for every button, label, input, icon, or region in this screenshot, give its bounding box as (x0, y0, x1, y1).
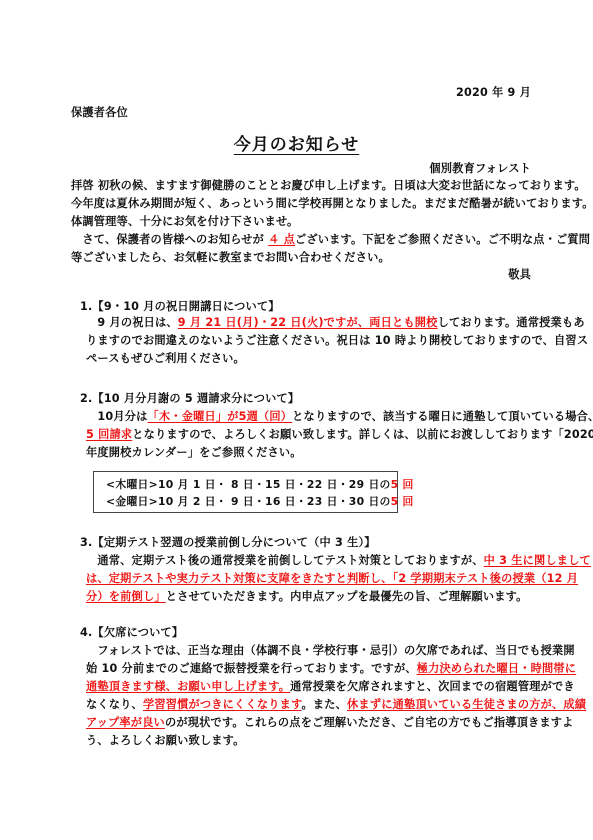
schedule-label: <木曜日>10 月 1 日・ 8 日・15 日・22 日・29 日の (106, 478, 391, 491)
section-2-line-2: 5 回請求となりますので、よろしくお願い致します。詳しくは、以前にお渡ししており… (86, 426, 593, 443)
notice-post: ございます。下記をご参照ください。ご不明な点・ご質問 (295, 233, 590, 246)
greeting-line-3: 体調管理等、十分にお気を付け下さいませ。 (71, 213, 298, 230)
date: 2020 年 9 月 (456, 84, 531, 101)
emphasis-text: 9 月 21 日(月)・22 日(火)ですが、両日とも開校 (178, 316, 438, 329)
section-4-line-6: う、よろしくお願い致します。 (86, 732, 245, 749)
text: 10月分は (86, 410, 148, 423)
notice-line-1: さて、保護者の皆様へのお知らせが ４ 点ございます。下記をご参照ください。ご不明… (71, 231, 590, 248)
schedule-count: 5 回 (391, 495, 414, 508)
text: 通常、定期テスト後の通常授業を前倒ししてテスト対策としておりますが、 (86, 554, 484, 567)
closing: 敬具 (508, 266, 531, 283)
addressee: 保護者各位 (71, 104, 128, 121)
emphasis-text: 分）を前倒し」 (86, 590, 166, 603)
notice-line-2: 等ございましたら、お気軽に教室までお問い合わせください。 (71, 249, 390, 266)
emphasis-text: アップ率が良い (86, 716, 165, 729)
page-title: 今月のお知らせ (0, 130, 593, 155)
text: 。また、 (301, 698, 347, 711)
section-3-heading: 3.【定期テスト翌週の授業前倒し分について（中 3 生）】 (80, 534, 376, 550)
schedule-row-friday: <金曜日>10 月 2 日・ 9 日・16 日・23 日・30 日の5 回 (106, 494, 414, 509)
text: となりますので、よろしくお願い致します。詳しくは、以前にお渡ししております「20… (132, 428, 593, 441)
section-4-line-1: フォレストでは、正当な理由（体調不良・学校行事・忌引）の欠席であれば、当日でも授… (86, 642, 575, 659)
section-1-line-3: ペースもぜひご利用ください。 (86, 350, 245, 367)
notice-count: ４ 点 (268, 233, 295, 246)
section-4-line-5: アップ率が良いのが現状です。これらの点をご理解いただき、ご自宅の方でもご指導頂き… (86, 714, 574, 731)
section-3-line-1: 通常、定期テスト後の通常授業を前倒ししてテスト対策としておりますが、中 3 生に… (86, 552, 591, 569)
text: とさせていただきます。内申点アップを最優先の旨、ご理解願います。 (166, 590, 528, 603)
section-2-line-1: 10月分は「木・金曜日」が5週（回）となりますので、該当する曜日に通塾して頂いて… (86, 408, 593, 425)
text: なくなり、 (86, 698, 143, 711)
schedule-label: <金曜日>10 月 2 日・ 9 日・16 日・23 日・30 日の (106, 495, 391, 508)
section-4-line-3: 通塾頂きます様、お願い申し上げます。通常授業を欠席されますと、次回までの宿題管理… (86, 678, 575, 695)
emphasis-text: 通塾頂きます様、お願い申し上げます。 (86, 680, 290, 693)
section-1-heading: 1.【9・10 月の祝日開講日について】 (80, 298, 280, 314)
schedule-row-thursday: <木曜日>10 月 1 日・ 8 日・15 日・22 日・29 日の5 回 (106, 477, 414, 492)
emphasis-text: 学習習慣がつきにくくなります (143, 698, 302, 711)
text: 通常授業を欠席されますと、次回までの宿題管理ができ (290, 680, 575, 693)
schedule-box: <木曜日>10 月 1 日・ 8 日・15 日・22 日・29 日の5 回 <金… (93, 471, 398, 513)
text: となりますので、該当する曜日に通塾して頂いている場合、 (292, 410, 593, 423)
section-1-line-1: 9 月の祝日は、9 月 21 日(月)・22 日(火)ですが、両日とも開校してお… (86, 314, 585, 331)
section-4-line-4: なくなり、学習習慣がつきにくくなります。また、休まずに通塾頂いている生徒さまの方… (86, 696, 586, 713)
greeting-line-1: 拝啓 初秋の候、ますます御健勝のこととお慶び申し上げます。日頃は大変お世話になっ… (71, 177, 586, 194)
emphasis-text: 「木・金曜日」が5週（回） (148, 410, 293, 423)
sender: 個別教育フォレスト (429, 160, 531, 177)
section-1-line-2: りますのでお間違えのないようご注意ください。祝日は 10 時より開校しております… (86, 332, 588, 349)
emphasis-text: 休まずに通塾頂いている生徒さまの方が、成績 (347, 698, 586, 711)
emphasis-text: 中 3 生に関しまして (484, 554, 591, 567)
section-2-line-3: 年度開校カレンダー」をご参照ください。 (86, 444, 302, 461)
section-3-line-2: は、定期テストや実力テスト対策に支障をきたすと判断し、「2 学期期末テスト後の授… (86, 570, 578, 587)
section-4-line-2: 始 10 分前までのご連絡で振替授業を行っております。ですが、極力決められた曜日… (86, 660, 576, 677)
emphasis-text: 極力決められた曜日・時間帯に (417, 662, 576, 675)
text: しております。通常授業もあ (438, 316, 585, 329)
schedule-count: 5 回 (391, 478, 414, 491)
section-4-heading: 4.【欠席について】 (80, 624, 183, 640)
text: のが現状です。これらの点をご理解いただき、ご自宅の方でもご指導頂きますよ (165, 716, 574, 729)
notice-pre: さて、保護者の皆様へのお知らせが (71, 233, 268, 246)
text: 始 10 分前までのご連絡で振替授業を行っております。ですが、 (86, 662, 417, 675)
text: 9 月の祝日は、 (86, 316, 178, 329)
document-page: 2020 年 9 月 保護者各位 今月のお知らせ 個別教育フォレスト 拝啓 初秋… (0, 0, 593, 840)
section-2-heading: 2.【10 月分月謝の 5 週請求分について】 (80, 390, 299, 406)
greeting-line-2: 今年度は夏休み期間が短く、あっという間に学校再開となりました。まだまだ酷暑が続い… (71, 195, 593, 212)
section-3-line-3: 分）を前倒し」とさせていただきます。内申点アップを最優先の旨、ご理解願います。 (86, 588, 528, 605)
emphasis-text: 5 回請求 (86, 428, 132, 441)
